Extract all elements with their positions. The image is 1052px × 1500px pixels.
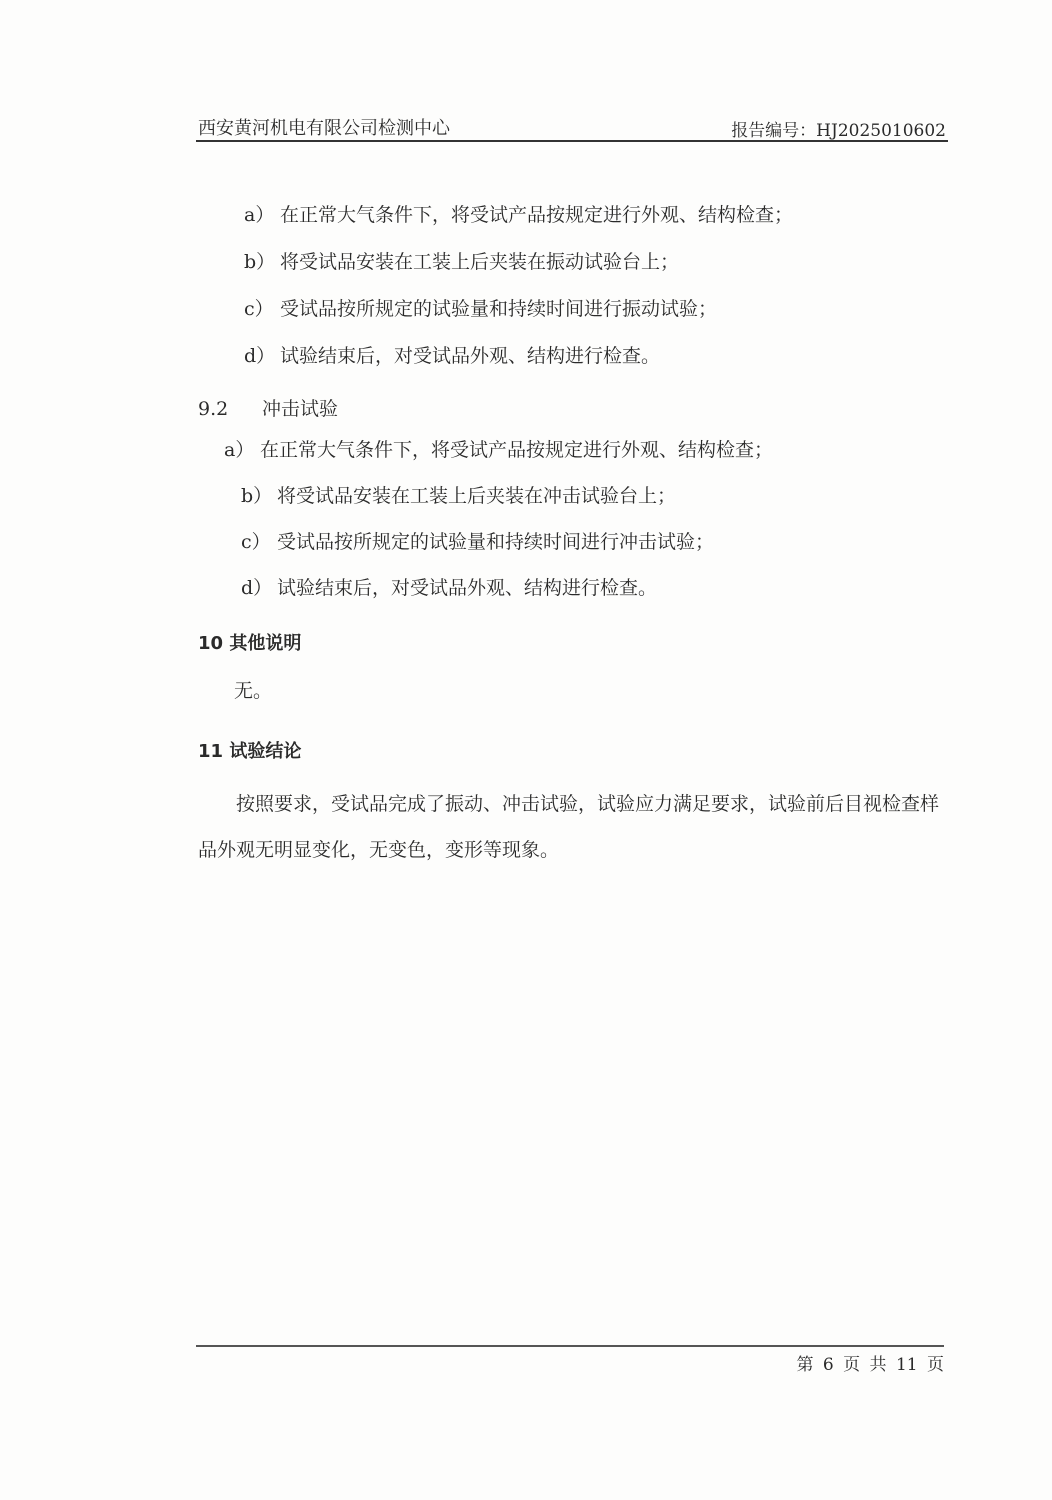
list-item: c）受试品按所规定的试验量和持续时间进行冲击试验； [241,527,714,554]
list-item: b）将受试品安装在工装上后夹装在振动试验台上； [244,247,679,274]
page-number: 第 6 页 共 11 页 [797,1350,944,1375]
header-divider [196,140,948,142]
footer-divider [196,1345,944,1347]
list-item: a）在正常大气条件下，将受试产品按规定进行外观、结构检查； [224,435,773,462]
organization-name: 西安黄河机电有限公司检测中心 [198,114,450,140]
section-10-body: 无。 [234,676,272,703]
list-item: a）在正常大气条件下，将受试产品按规定进行外观、结构检查； [244,200,793,227]
list-item: b）将受试品安装在工装上后夹装在冲击试验台上； [241,481,676,508]
section-heading-9-2: 9.2冲击试验 [198,394,338,421]
section-heading-10: 10 其他说明 [198,629,301,655]
page-header: 西安黄河机电有限公司检测中心 报告编号：HJ2025010602 [198,112,946,142]
conclusion-paragraph: 按照要求，受试品完成了振动、冲击试验，试验应力满足要求，试验前后目视检查样品外观… [198,781,946,873]
list-item: d）试验结束后，对受试品外观、结构进行检查。 [244,341,660,368]
list-item: c）受试品按所规定的试验量和持续时间进行振动试验； [244,294,717,321]
report-number: 报告编号：HJ2025010602 [731,116,946,141]
list-item: d）试验结束后，对受试品外观、结构进行检查。 [241,573,657,600]
section-heading-11: 11 试验结论 [198,737,301,763]
